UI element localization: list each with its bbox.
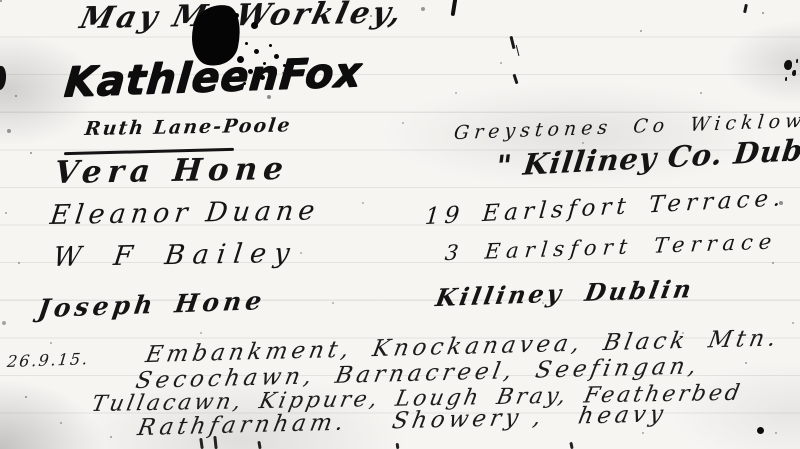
address-killiney-dublin: Killiney Dublin bbox=[434, 277, 696, 310]
scanned-visitors-book-page: May M. Workley, KathleenFox Ruth Lane-Po… bbox=[0, 0, 800, 449]
signature-eleanor-duane: Eleanor Duane bbox=[49, 197, 321, 229]
log-date: 26.9.15. bbox=[6, 351, 90, 370]
left-edge-ink-mark bbox=[0, 66, 7, 91]
address-19-earlsfort-terrace: 19 Earlsfort Terrace. bbox=[424, 187, 786, 229]
partial-next-line-strokes bbox=[0, 0, 2, 2]
ink-splatter bbox=[245, 42, 248, 45]
tick-mark-2 bbox=[513, 74, 519, 84]
ink-dot-bottom-right bbox=[757, 427, 764, 434]
signature-joseph-hone: Joseph Hone bbox=[36, 288, 267, 321]
signature-may-workley: May M. Workley, bbox=[77, 0, 407, 34]
tick-mark-3 bbox=[743, 4, 748, 13]
address-3-earlsfort-terrace: 3 Earlsfort Terrace bbox=[444, 231, 779, 264]
signature-ruth-lane-poole: Ruth Lane-Poole bbox=[84, 116, 293, 139]
signature-kathleen-fox: KathleenFox bbox=[62, 52, 363, 104]
tick-mark-1 bbox=[509, 36, 515, 49]
signature-wf-bailey: W F Bailey bbox=[52, 240, 299, 271]
signature-vera-hone: Vera Hone bbox=[53, 154, 290, 189]
pen-stroke-top-right bbox=[451, 0, 458, 16]
right-edge-ink-blob bbox=[784, 60, 792, 70]
